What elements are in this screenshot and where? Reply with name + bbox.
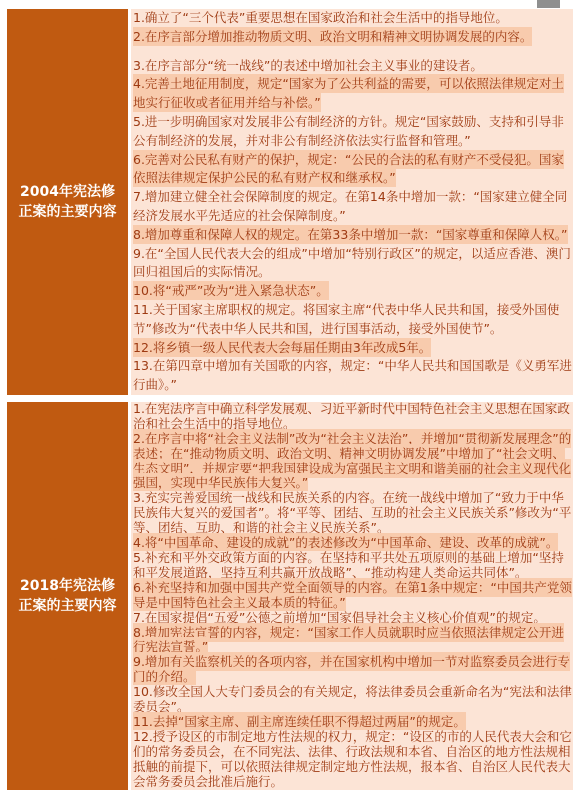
amendment-item: 9.在“全国人民代表大会的组成”中增加“特别行政区”的规定，以适应香港、澳门回归…: [131, 245, 573, 283]
amendment-item: 10.将“戒严”改为“进入紧急状态”。: [131, 282, 573, 301]
amendment-item-text: 10.修改全国人大专门委员会的有关规定，将法律委员会重新命名为“宪法和法律委员会…: [133, 684, 572, 714]
amendment-item-text: 6.完善对公民私有财产的保护，规定：“公民的合法的私有财产不受侵犯。国家依照法律…: [133, 150, 564, 188]
amendment-item: 2.在序言中将“社会主义法制”改为“社会主义法治”，并增加“贯彻新发展理念”的表…: [131, 432, 573, 492]
section-content: 1.确立了“三个代表”重要思想在国家政治和社会生活中的指导地位。2.在序言部分增…: [131, 9, 573, 395]
amendment-item-text: 3.在序言部分“统一战线”的表述中增加社会主义事业的建设者。: [133, 58, 483, 73]
amendment-item-text: 9.增加有关监察机关的各项内容，并在国家机构中增加一节对监察委员会进行专门的介绍…: [133, 652, 570, 686]
amendment-item: 12.授予设区的市制定地方性法规的权力，规定：“设区的市的人民代表大会和它们的常…: [131, 730, 573, 790]
amendment-item: 13.在第四章中增加有关国歌的内容，规定：“中华人民共和国国歌是《义勇军进行曲》…: [131, 357, 573, 395]
amendment-item: 1.确立了“三个代表”重要思想在国家政治和社会生活中的指导地位。: [131, 9, 573, 28]
amendment-item: 11.关于国家主席职权的规定。将国家主席“代表中华人民共和国，接受外国使节”修改…: [131, 301, 573, 339]
amendment-item-text: 4.完善土地征用制度，规定“国家为了公共利益的需要，可以依照法律规定对土地实行征…: [133, 74, 564, 112]
section-content: 1.在宪法序言中确立科学发展观、习近平新时代中国特色社会主义思想在国家政治和社会…: [131, 402, 573, 790]
amendment-section: 2004年宪法修正案的主要内容1.确立了“三个代表”重要思想在国家政治和社会生活…: [7, 9, 573, 395]
amendment-item: 5.进一步明确国家对发展非公有制经济的方针。规定“国家鼓励、支持和引导非公有制经…: [131, 113, 573, 151]
scrollbar-thumb-fragment: [537, 0, 560, 8]
amendment-item-text: 8.增加尊重和保障人权的规定。在第33条中增加一款：“国家尊重和保障人权。”: [133, 225, 568, 244]
amendment-item-text: 13.在第四章中增加有关国歌的内容，规定：“中华人民共和国国歌是《义勇军进行曲》…: [133, 358, 572, 392]
amendment-item: 4.将“中国革命、建设的成就”的表述修改为“中国革命、建设、改革的成就”。: [131, 536, 573, 551]
amendment-item-text: 7.增加建立健全社会保障制度的规定。在第14条中增加一款：“国家建立健全同经济发…: [133, 189, 567, 223]
amendment-item-text: 1.在宪法序言中确立科学发展观、习近平新时代中国特色社会主义思想在国家政治和社会…: [133, 401, 570, 431]
amendment-item: 1.在宪法序言中确立科学发展观、习近平新时代中国特色社会主义思想在国家政治和社会…: [131, 402, 573, 432]
amendment-item: 4.完善土地征用制度，规定“国家为了公共利益的需要，可以依照法律规定对土地实行征…: [131, 75, 573, 113]
document-page: 2004年宪法修正案的主要内容1.确立了“三个代表”重要思想在国家政治和社会生活…: [0, 0, 576, 796]
section-header: 2004年宪法修正案的主要内容: [7, 9, 128, 395]
amendment-item-text: 3.充实完善爱国统一战线和民族关系的内容。在统一战线中增加了“致力于中华民族伟大…: [133, 490, 571, 535]
amendment-item-text: 9.在“全国人民代表大会的组成”中增加“特别行政区”的规定，以适应香港、澳门回归…: [133, 246, 571, 280]
amendment-item-text: 12.授予设区的市制定地方性法规的权力，规定：“设区的市的人民代表大会和它们的常…: [133, 729, 572, 789]
amendment-item-text: 6.补充坚持和加强中国共产党全面领导的内容。在第1条中规定：“中国共产党领导是中…: [133, 578, 572, 612]
amendment-item: 8.增加尊重和保障人权的规定。在第33条中增加一款：“国家尊重和保障人权。”: [131, 226, 573, 245]
amendment-section: 2018年宪法修正案的主要内容1.在宪法序言中确立科学发展观、习近平新时代中国特…: [7, 402, 573, 790]
amendment-item: 3.充实完善爱国统一战线和民族关系的内容。在统一战线中增加了“致力于中华民族伟大…: [131, 491, 573, 536]
amendment-item: 6.补充坚持和加强中国共产党全面领导的内容。在第1条中规定：“中国共产党领导是中…: [131, 581, 573, 611]
amendment-item: 2.在序言部分增加推动物质文明、政治文明和精神文明协调发展的内容。: [131, 28, 573, 47]
amendment-item-text: 1.确立了“三个代表”重要思想在国家政治和社会生活中的指导地位。: [133, 10, 508, 25]
amendment-item-text: 2.在序言中将“社会主义法制”改为“社会主义法治”，并增加“贯彻新发展理念”的表…: [133, 429, 571, 493]
amendment-item: 9.增加有关监察机关的各项内容，并在国家机构中增加一节对监察委员会进行专门的介绍…: [131, 655, 573, 685]
amendment-item-text: 8.增加宪法宣誓的内容，规定：“国家工作人员就职时应当依照法律规定公开进行宪法宣…: [133, 623, 564, 657]
section-header: 2018年宪法修正案的主要内容: [7, 402, 128, 790]
amendment-item-text: 10.将“戒严”改为“进入紧急状态”。: [133, 281, 329, 300]
constitution-amendments-table: 2004年宪法修正案的主要内容1.确立了“三个代表”重要思想在国家政治和社会生活…: [7, 9, 573, 790]
amendment-item: 5.补充和平外交政策方面的内容。在坚持和平共处五项原则的基础上增加“坚持和平发展…: [131, 551, 573, 581]
amendment-item: 11.去掉“国家主席、副主席连续任职不得超过两届”的规定。: [131, 715, 573, 730]
amendment-item: 8.增加宪法宣誓的内容，规定：“国家工作人员就职时应当依照法律规定公开进行宪法宣…: [131, 626, 573, 656]
amendment-item: 10.修改全国人大专门委员会的有关规定，将法律委员会重新命名为“宪法和法律委员会…: [131, 685, 573, 715]
amendment-item-text: 11.关于国家主席职权的规定。将国家主席“代表中华人民共和国，接受外国使节”修改…: [133, 302, 559, 336]
amendment-item-text: 12.将乡镇一级人民代表大会每届任期由3年改成5年。: [133, 338, 431, 357]
amendment-item: 3.在序言部分“统一战线”的表述中增加社会主义事业的建设者。: [131, 57, 573, 76]
amendment-item-text: 5.进一步明确国家对发展非公有制经济的方针。规定“国家鼓励、支持和引导非公有制经…: [133, 114, 564, 148]
amendment-item: 7.增加建立健全社会保障制度的规定。在第14条中增加一款：“国家建立健全同经济发…: [131, 188, 573, 226]
amendment-item-text: 5.补充和平外交政策方面的内容。在坚持和平共处五项原则的基础上增加“坚持和平发展…: [133, 550, 564, 580]
amendment-item: 6.完善对公民私有财产的保护，规定：“公民的合法的私有财产不受侵犯。国家依照法律…: [131, 151, 573, 189]
amendment-item: 12.将乡镇一级人民代表大会每届任期由3年改成5年。: [131, 339, 573, 358]
amendment-item-text: 2.在序言部分增加推动物质文明、政治文明和精神文明协调发展的内容。: [133, 27, 532, 46]
spacer-row: [131, 47, 573, 57]
